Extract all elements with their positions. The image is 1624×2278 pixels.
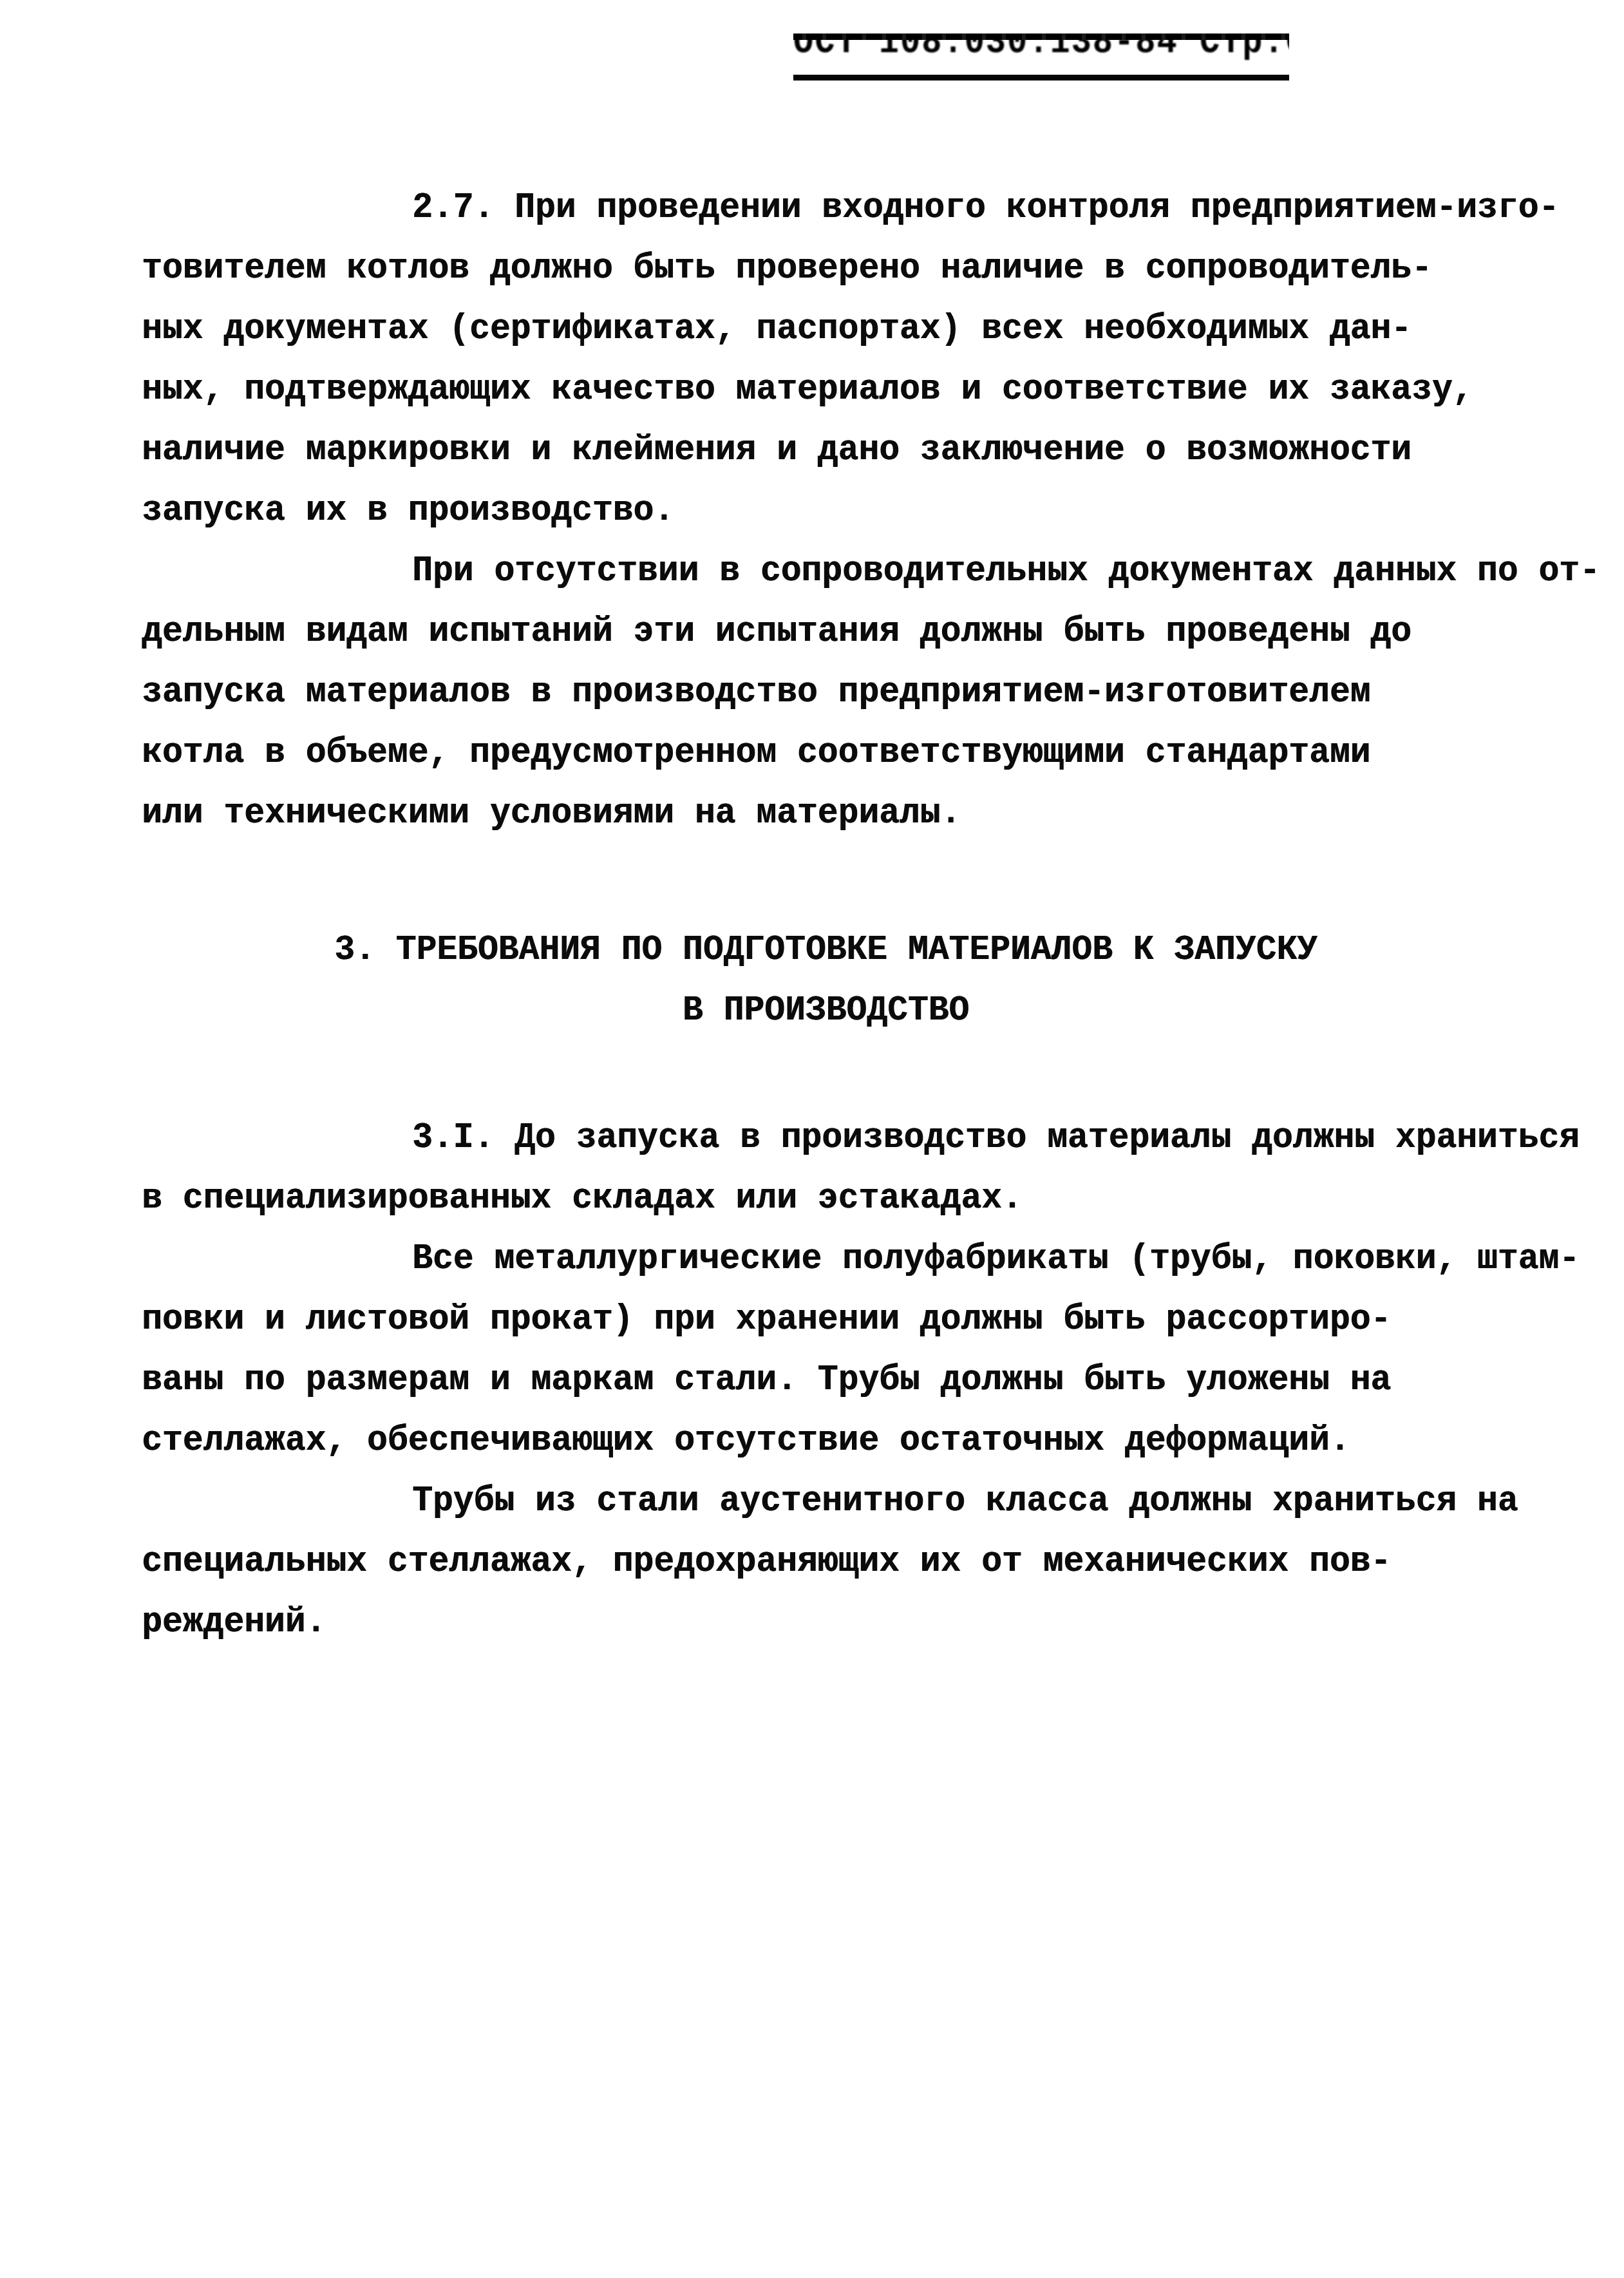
paragraph-semifinished-line: повки и листовой прокат) при хранении до… xyxy=(142,1287,1510,1351)
paragraph-3-1-line: в специализированных складах или эстакад… xyxy=(142,1166,1510,1230)
paragraph-austenitic-line: реждений. xyxy=(142,1590,1510,1654)
paragraph-austenitic-line: Трубы из стали аустенитного класса должн… xyxy=(142,1468,1510,1533)
section-3-heading: 3. ТРЕБОВАНИЯ ПО ПОДГОТОВКЕ МАТЕРИАЛОВ К… xyxy=(142,920,1510,1041)
paragraph-2-7-line: ных документах (сертификатах, паспортах)… xyxy=(142,296,1510,361)
document-number-text: ОСТ 108.030.138-84 Стр.6 xyxy=(793,40,1289,64)
paragraph-2-7-line: 2.7. При проведении входного контроля пр… xyxy=(142,175,1510,240)
document-number-clip: ОСТ 108.030.138-84 Стр.6 xyxy=(793,40,1289,81)
paragraph-absence-line: или техническими условиями на материалы. xyxy=(142,781,1510,845)
paragraph-2-7-line: ных, подтверждающих качество материалов … xyxy=(142,357,1510,421)
paragraph-absence-line: дельным видам испытаний эти испытания до… xyxy=(142,599,1510,663)
paragraph-2-7-line: товителем котлов должно быть проверено н… xyxy=(142,236,1510,300)
paragraph-3-1-line: 3.I. До запуска в производство материалы… xyxy=(142,1105,1510,1170)
scanned-document-page: ОСТ 108.030.138-84 Стр.6 2.7. При провед… xyxy=(0,0,1624,2278)
paragraph-austenitic-line: специальных стеллажах, предохраняющих их… xyxy=(142,1529,1510,1593)
paragraph-2-7-line: запуска их в производство. xyxy=(142,478,1510,542)
paragraph-semifinished-line: стеллажах, обеспечивающих отсутствие ост… xyxy=(142,1408,1510,1472)
paragraph-absence-line: При отсутствии в сопроводительных докуме… xyxy=(142,538,1510,603)
document-number-stamp: ОСТ 108.030.138-84 Стр.6 xyxy=(793,33,1289,81)
section-3-body: 3.I. До запуска в производство материалы… xyxy=(142,1105,1510,1650)
scan-smudge-line xyxy=(793,33,1289,40)
section-3-heading-line-2: В ПРОИЗВОДСТВО xyxy=(142,980,1510,1041)
paragraph-absence-line: котла в объеме, предусмотренном соответс… xyxy=(142,720,1510,784)
paragraph-2-7-line: наличие маркировки и клеймения и дано за… xyxy=(142,417,1510,482)
document-body: 2.7. При проведении входного контроля пр… xyxy=(142,175,1510,1650)
paragraph-semifinished-line: Все металлургические полуфабрикаты (труб… xyxy=(142,1226,1510,1291)
section-3-heading-line-1: 3. ТРЕБОВАНИЯ ПО ПОДГОТОВКЕ МАТЕРИАЛОВ К… xyxy=(142,920,1510,980)
paragraph-absence-line: запуска материалов в производство предпр… xyxy=(142,660,1510,724)
paragraph-semifinished-line: ваны по размерам и маркам стали. Трубы д… xyxy=(142,1347,1510,1412)
